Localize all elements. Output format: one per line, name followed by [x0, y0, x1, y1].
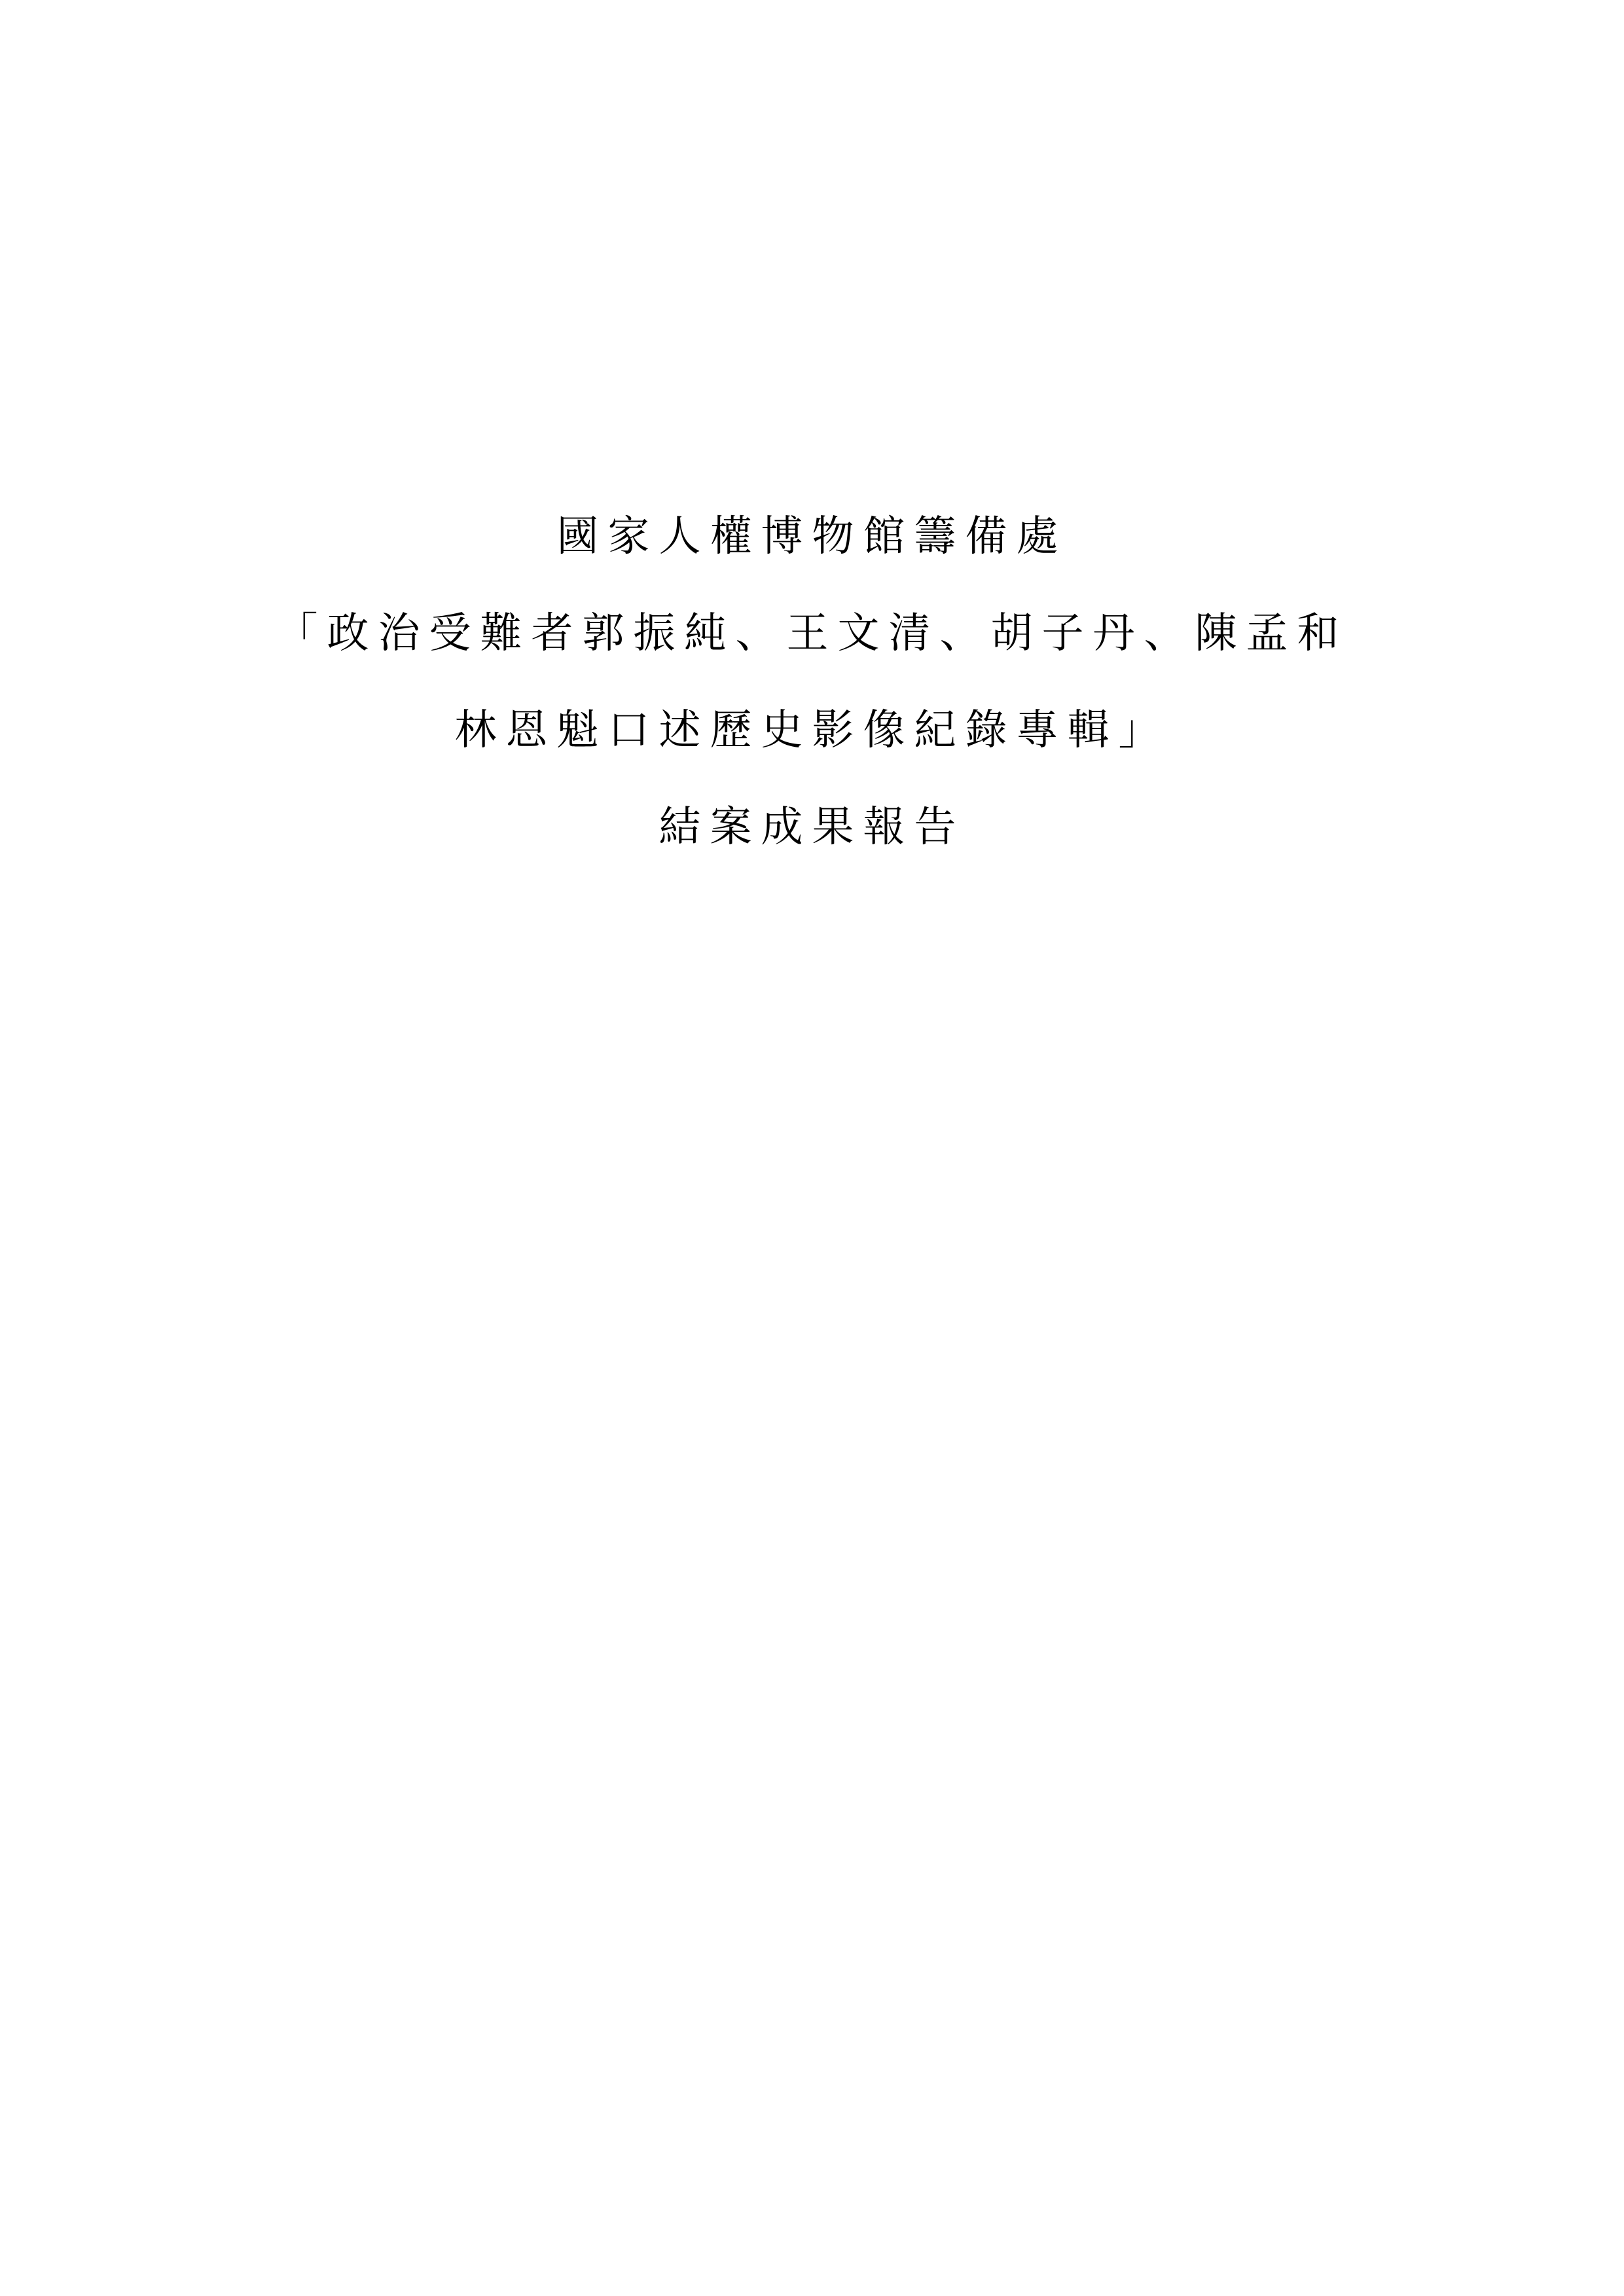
document-page: 國家人權博物館籌備處 「政治受難者郭振純、王文清、胡子丹、陳孟和 林恩魁口述歷史…	[0, 0, 1624, 2296]
project-title-line-1: 「政治受難者郭振純、王文清、胡子丹、陳孟和	[0, 585, 1624, 682]
report-type-label: 結案成果報告	[0, 779, 1624, 876]
project-title-line-2: 林恩魁口述歷史影像紀錄專輯」	[0, 682, 1624, 779]
organization-name: 國家人權博物館籌備處	[0, 488, 1624, 585]
cover-title-block: 國家人權博物館籌備處 「政治受難者郭振純、王文清、胡子丹、陳孟和 林恩魁口述歷史…	[0, 488, 1624, 876]
